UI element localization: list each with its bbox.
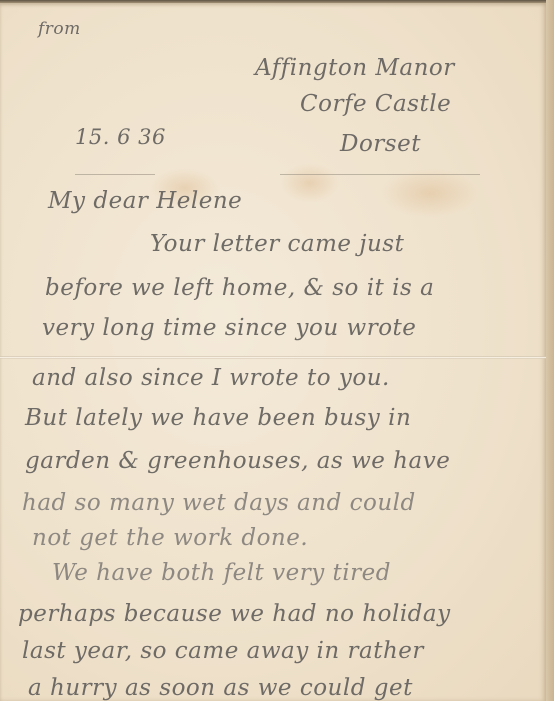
ruled-line	[75, 174, 155, 175]
body-line: not get the work done.	[32, 525, 308, 551]
ruled-line	[280, 174, 480, 175]
body-line: Your letter came just	[150, 231, 404, 257]
body-line: and also since I wrote to you.	[32, 365, 390, 391]
address-line-2: Corfe Castle	[300, 91, 451, 117]
body-line: had so many wet days and could	[22, 490, 416, 516]
letter-page: from Affington Manor Corfe Castle Dorset…	[0, 3, 548, 701]
body-line: garden & greenhouses, as we have	[25, 448, 450, 474]
from-label: from	[38, 19, 81, 39]
body-line: We have both felt very tired	[52, 560, 391, 586]
body-line: before we left home, & so it is a	[45, 275, 434, 301]
letter-date: 15. 6 36	[75, 125, 166, 149]
body-line: But lately we have been busy in	[25, 405, 411, 431]
salutation: My dear Helene	[48, 188, 242, 214]
body-line: perhaps because we had no holiday	[18, 601, 451, 627]
body-line: very long time since you wrote	[42, 315, 416, 341]
address-line-3: Dorset	[340, 131, 421, 157]
paper-stain	[280, 163, 340, 203]
paper-stain	[380, 168, 480, 218]
address-line-1: Affington Manor	[255, 55, 455, 81]
body-line: a hurry as soon as we could get	[28, 675, 413, 701]
paper-right-edge	[546, 0, 554, 701]
body-line: last year, so came away in rather	[22, 638, 424, 664]
paper-fold-crease	[0, 356, 546, 359]
